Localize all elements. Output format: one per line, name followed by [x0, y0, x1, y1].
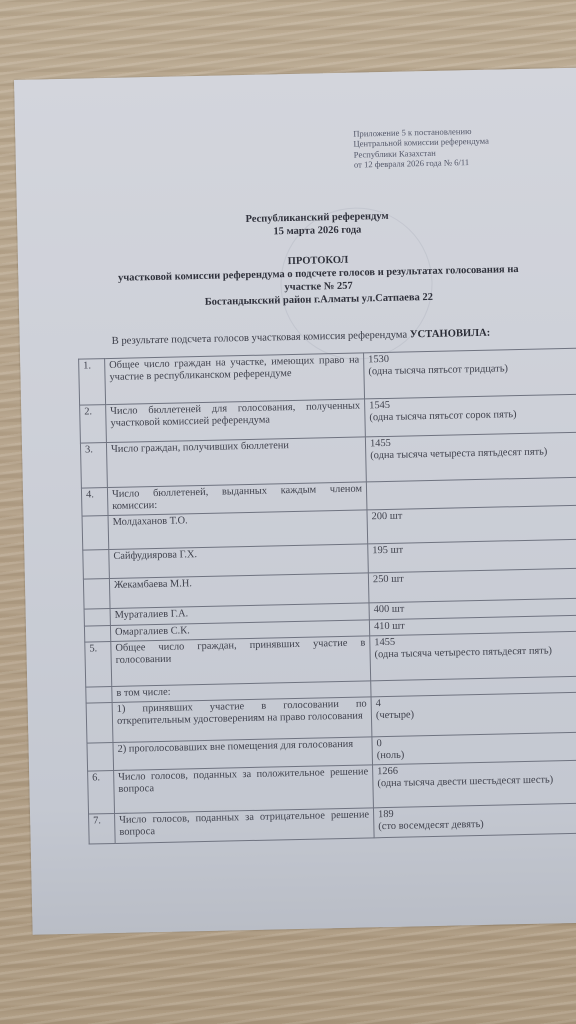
row-number — [84, 609, 110, 627]
row-value: 400 шт — [374, 600, 576, 616]
row-value-cell: 1455(одна тысяча четыреста пятьдесят пят… — [365, 432, 576, 482]
row-description: Число граждан, получивших бюллетени — [106, 437, 366, 488]
appendix-note: Приложение 5 к постановлению Центральной… — [353, 126, 489, 171]
row-value-cell: 195 шт — [368, 539, 576, 573]
row-value-cell: 1266(одна тысяча двести шестьдесят шесть… — [373, 760, 576, 808]
row-description: 1) принявших участие в голосовании по от… — [112, 697, 372, 743]
row-description: Общее число граждан на участке, имеющих … — [105, 353, 365, 405]
row-number: 6. — [88, 770, 115, 814]
document-page: Приложение 5 к постановлению Центральной… — [14, 67, 576, 934]
row-number: 3. — [80, 443, 107, 489]
row-value-cell: 1545(одна тысяча пятьсот сорок пять) — [365, 394, 576, 437]
protocol-heading: ПРОТОКОЛ участковой комиссии референдума… — [58, 249, 576, 312]
row-description: Общее число граждан, принявших участие в… — [111, 636, 371, 687]
appendix-line: от 12 февраля 2026 года № 6/11 — [354, 157, 490, 170]
row-number: 5. — [85, 642, 112, 688]
row-number: 2. — [80, 405, 107, 444]
row-value-cell: 189(сто восемдесят девять) — [373, 803, 576, 838]
row-number: 4. — [81, 488, 108, 517]
row-number — [86, 703, 113, 744]
row-number — [86, 687, 112, 704]
row-number — [83, 550, 110, 580]
row-value-cell: 200 шт — [367, 505, 576, 544]
row-number — [87, 742, 114, 771]
row-value: 200 шт — [371, 507, 576, 523]
row-description: Число голосов, поданных за отрицательное… — [115, 808, 375, 844]
row-value: 195 шт — [372, 541, 576, 557]
row-number — [82, 516, 109, 551]
row-value-cell: 1455(одна тысяча четыресто пятьдесят пят… — [370, 631, 576, 681]
row-value: 250 шт — [373, 570, 576, 586]
results-table: 1.Общее число граждан на участке, имеющи… — [78, 348, 576, 845]
row-value-cell: 1530(одна тысяча пятьсот тридцать) — [364, 348, 576, 399]
row-number: 1. — [79, 359, 106, 406]
row-description: Молдаханов Т.О. — [108, 510, 368, 550]
row-number — [83, 579, 110, 610]
row-number — [84, 626, 110, 643]
row-value-cell — [366, 477, 576, 510]
row-value: 410 шт — [374, 617, 576, 633]
intro-emphasis: УСТАНОВИЛА: — [410, 328, 491, 341]
row-description: Число голосов, поданных за положительное… — [114, 765, 374, 814]
row-number: 7. — [89, 813, 116, 844]
row-value-cell: 4(четыре) — [371, 692, 576, 737]
row-description: Число бюллетеней для голосования, получе… — [106, 399, 366, 443]
row-value-cell: 0(ноль) — [372, 732, 576, 765]
row-value-cell: 250 шт — [368, 568, 576, 603]
